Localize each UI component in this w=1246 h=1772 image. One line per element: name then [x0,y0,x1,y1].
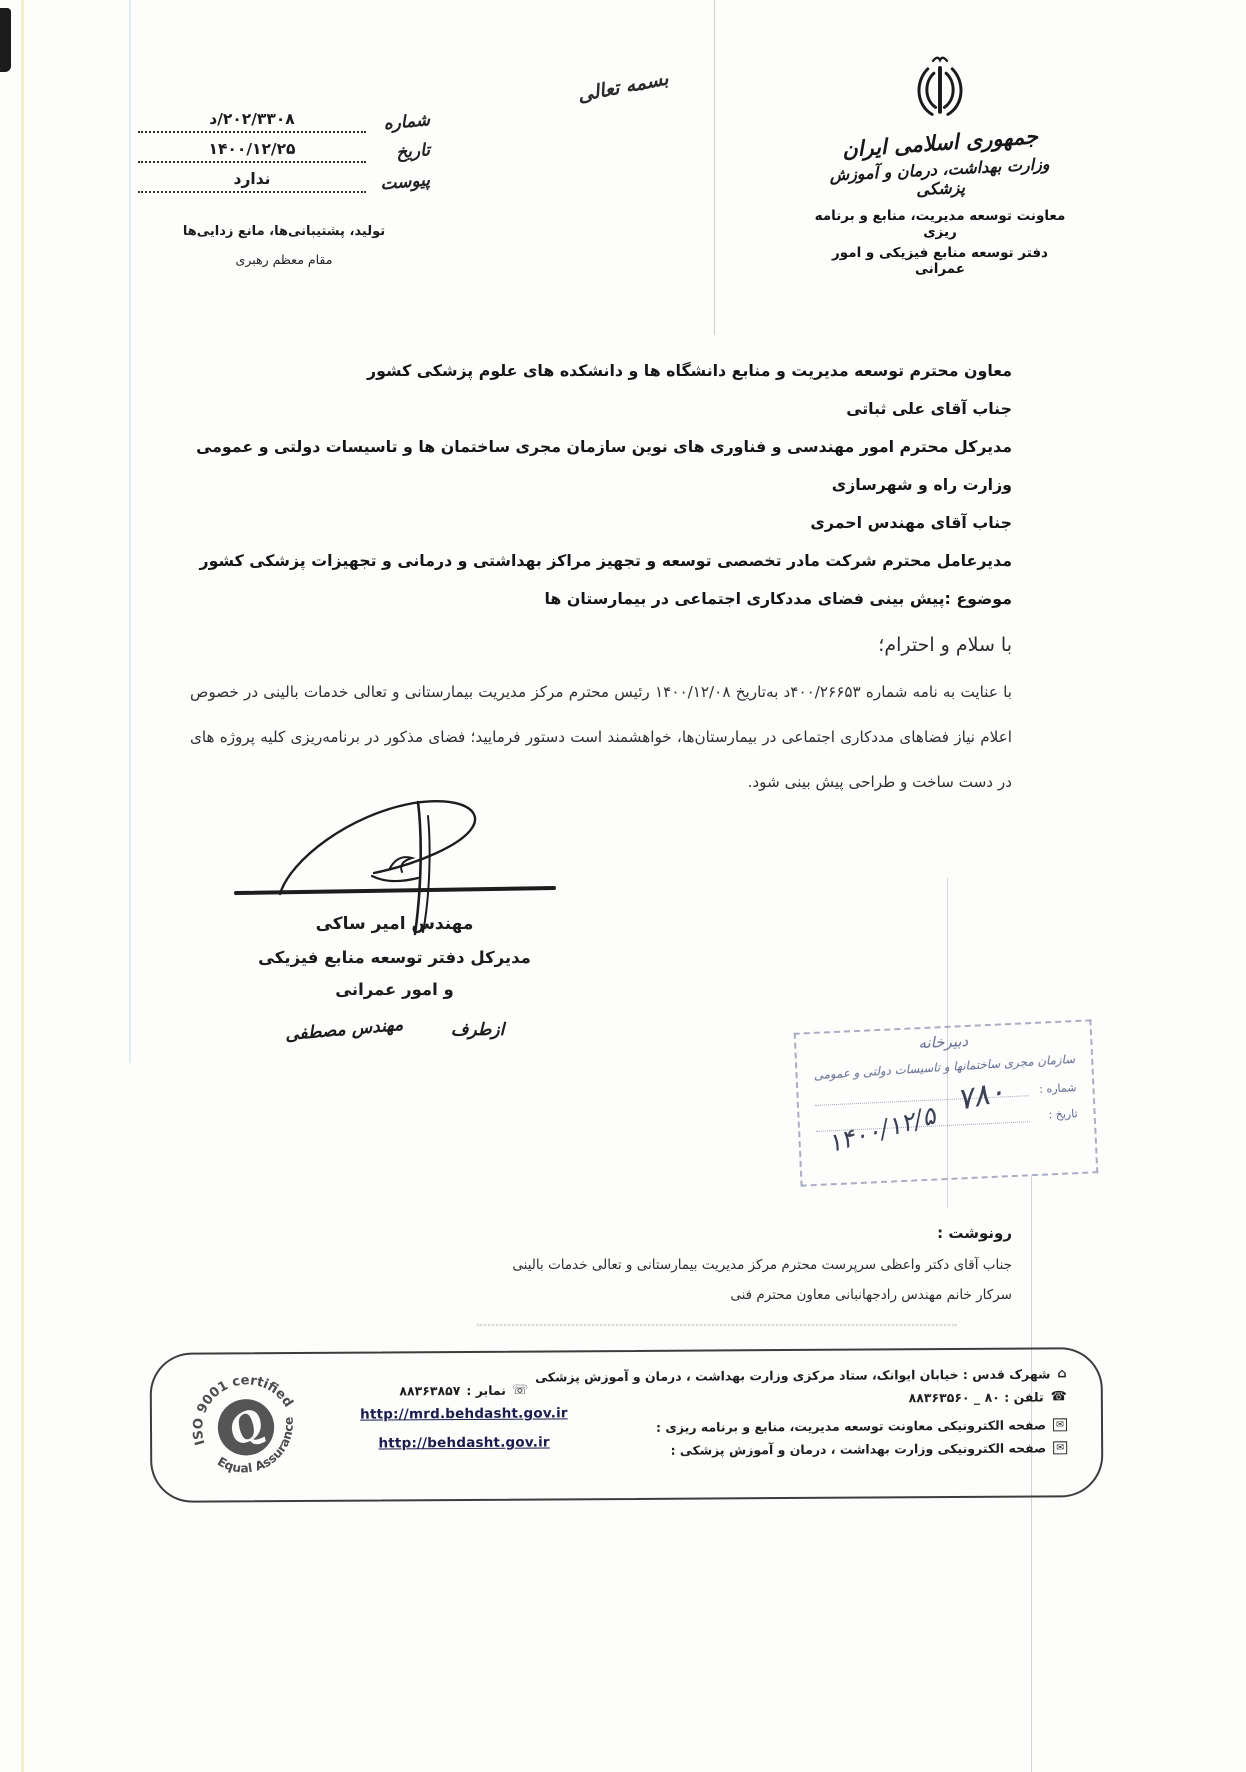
letter-body: معاون محترم توسعه مدیریت و منابع دانشگاه… [190,352,1012,805]
letter-number-value: د/۲۰۲/۳۳۰۸ [138,110,366,133]
letter-number-label: شماره [365,110,430,136]
secretariat-stamp: دبیرخانه سازمان مجری ساختمانها و تاسیسات… [794,1019,1099,1186]
ministry-header: جمهوری اسلامی ایران وزارت بهداشت، درمان … [812,54,1068,277]
building-icon: ⌂ [1057,1362,1066,1385]
scan-artifact-yellow-line [21,0,24,1772]
on-behalf-label: ازطرف [451,1020,504,1040]
phone-icon: ☎ [1051,1385,1067,1408]
cc-faded-line [477,1318,957,1326]
stamp-number-row: شماره : [814,1081,1076,1106]
scanned-letter-page: بسمه تعالی شماره د/۲۰۲/۳۳۰۸ تاریخ ۱۴۰۰/۱… [0,0,1246,1772]
recipient-line: مدیرعامل محترم شرکت مادر تخصصی توسعه و ت… [190,542,1012,580]
stamp-number-label: شماره : [1028,1081,1077,1096]
fax-value: ۸۸۳۶۳۸۵۷ [399,1383,460,1398]
letter-date-label: تاریخ [365,140,430,166]
letter-date-value: ۱۴۰۰/۱۲/۲۵ [138,140,366,163]
salutation: با سلام و احترام؛ [190,634,1012,656]
besmellah-calligraphy: بسمه تعالی [547,62,698,112]
signer-name: مهندس امیر ساکی [222,914,567,934]
deputy-name: معاونت توسعه مدیریت، منابع و برنامه ریزی [812,208,1068,240]
stamp-handwritten-date: ۱۴۰۰/۱۲/۵ [824,1101,939,1159]
year-slogan: تولید، پشتیبانی‌ها، مانع زدایی‌ها [138,224,430,239]
signature-block: مهندس امیر ساکی مدیرکل دفتر توسعه منابع … [222,772,567,1072]
stamp-title: دبیرخانه [812,1027,1075,1057]
letter-date-row: تاریخ ۱۴۰۰/۱۲/۲۵ [138,140,430,163]
on-behalf-name-handwritten: مهندس مصطفی [284,1015,404,1045]
fax-line: ☏ نمابر : ۸۸۳۶۳۸۵۷ [314,1382,614,1399]
letter-attachment-label: پیوست [365,170,430,196]
year-slogan-attribution: مقام معظم رهبری [138,252,430,267]
phone-text: تلفن : ۸۰ _ ۸۸۳۶۳۵۶۰ [909,1385,1044,1409]
eportal-text-1: صفحه الکترونیکی معاونت توسعه مدیریت، منا… [656,1413,1046,1438]
stamp-date-label: تاریخ : [1029,1107,1078,1122]
cc-section: رونوشت : جناب آقای دکتر واعظی سرپرست محت… [190,1224,1012,1326]
signer-title-line1: مدیرکل دفتر توسعه منابع فیزیکی [222,948,567,967]
recipient-line: جناب آقای مهندس احمری [190,504,1012,542]
recipient-line: معاون محترم توسعه مدیریت و منابع دانشگاه… [190,352,1012,390]
letter-number-row: شماره د/۲۰۲/۳۳۰۸ [138,110,430,133]
letter-attachment-value: ندارد [138,170,366,193]
subject-line: موضوع :پیش بینی فضای مددکاری اجتماعی در … [190,580,1012,618]
letter-attachment-row: پیوست ندارد [138,170,430,193]
scan-artifact-cyan-line [129,0,131,1063]
recipient-line: جناب آقای علی ثباتی [190,390,1012,428]
envelope-icon: ✉ [1053,1418,1067,1431]
footer-box: ⌂ شهرک قدس : خیابان ایوانک، ستاد مرکزی و… [150,1347,1104,1503]
signer-title-line2: و امور عمرانی [222,980,567,999]
url-behdasht[interactable]: http://behdasht.gov.ir [314,1430,614,1457]
fax-icon: ☏ [512,1383,528,1398]
letter-meta-block: شماره د/۲۰۲/۳۳۰۸ تاریخ ۱۴۰۰/۱۲/۲۵ پیوست … [138,110,430,200]
cc-item: سرکار خانم مهندس رادجهانبانی معاون محترم… [190,1280,1012,1310]
recipient-line: مدیرکل محترم امور مهندسی و فناوری های نو… [190,428,1012,504]
iran-emblem-icon [913,54,967,124]
url-mrd-behdasht[interactable]: http://mrd.behdasht.gov.ir [314,1401,614,1428]
on-behalf-row: ازطرف مهندس مصطفی [222,1020,567,1040]
scan-artifact-corner [0,8,11,72]
footer-fax-url-column: ☏ نمابر : ۸۸۳۶۳۸۵۷ http://mrd.behdasht.g… [314,1382,614,1457]
iso-9001-logo: Q ISO 9001 certified Equal Assurance [155,1336,337,1518]
scan-artifact-vertical-line-top [714,0,715,335]
envelope-icon: ✉ [1053,1441,1067,1454]
cc-label: رونوشت : [190,1224,1012,1242]
eportal-text-2: صفحه الکترونیکی وزارت بهداشت ، درمان و آ… [670,1436,1046,1461]
stamp-organization: سازمان مجری ساختمانها و تاسیسات دولتی و … [813,1052,1075,1082]
cc-item: جناب آقای دکتر واعظی سرپرست محترم مرکز م… [190,1250,1012,1280]
fax-label: نمابر : [466,1383,506,1398]
office-name: دفتر توسعه منابع فیزیکی و امور عمرانی [812,245,1068,277]
